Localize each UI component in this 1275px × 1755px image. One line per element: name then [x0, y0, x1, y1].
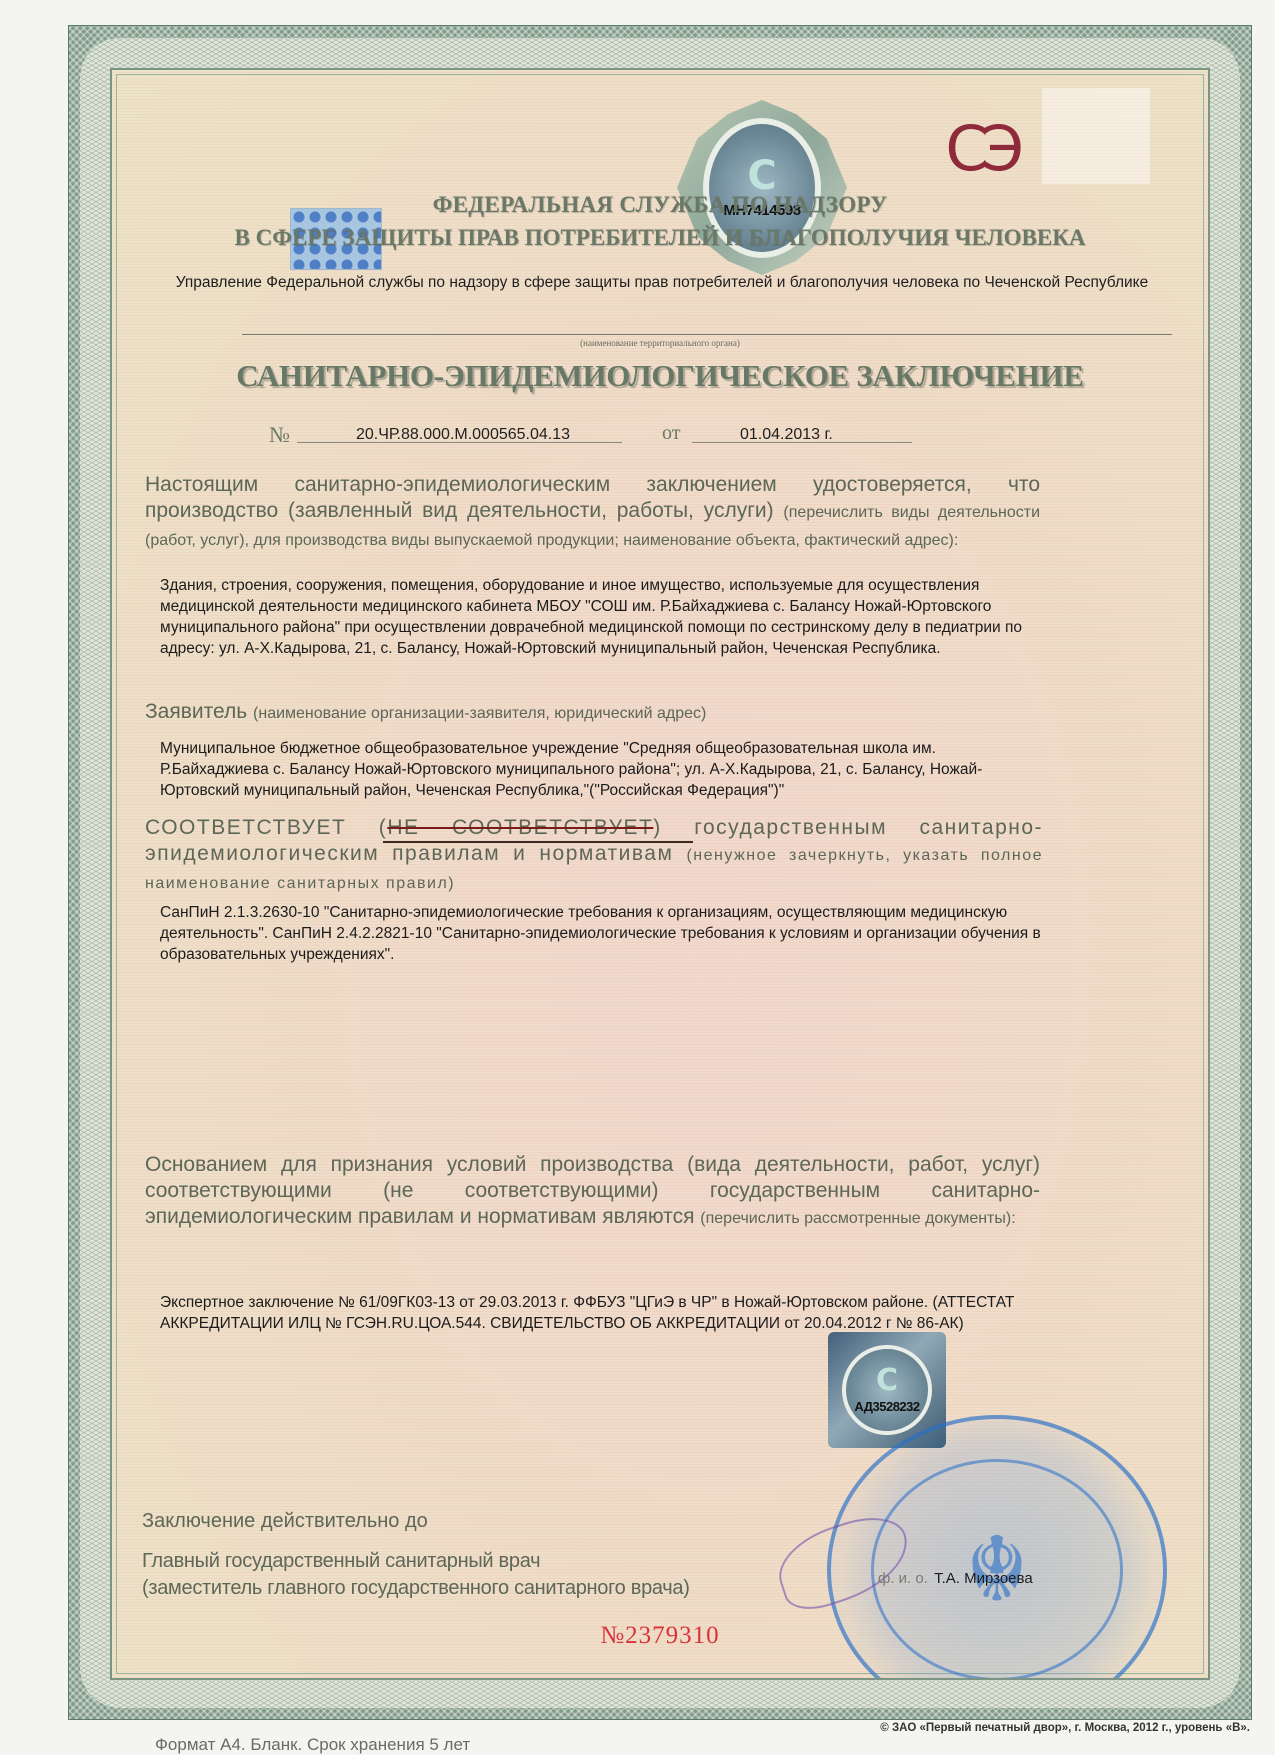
applicant-value: Муниципальное бюджетное общеобразователь…	[160, 738, 1040, 801]
number-label: №	[269, 422, 290, 448]
territorial-body-caption: (наименование территориального органа)	[112, 338, 1208, 348]
territorial-body: Управление Федеральной службы по надзору…	[132, 272, 1192, 293]
rules-value: СанПиН 2.1.3.2630-10 "Санитарно-эпидемио…	[160, 902, 1050, 965]
chief-doctor-title: Главный государственный санитарный врач …	[142, 1548, 690, 1602]
form-footer-right: © ЗАО «Первый печатный двор», г. Москва,…	[880, 1722, 1250, 1734]
document-title: САНИТАРНО-ЭПИДЕМИОЛОГИЧЕСКОЕ ЗАКЛЮЧЕНИЕ	[112, 358, 1208, 394]
form-serial-number: №2379310	[112, 1622, 1208, 1650]
form-footer-left: Формат А4. Бланк. Срок хранения 5 лет	[155, 1735, 470, 1755]
date-label: от	[662, 422, 680, 445]
basis-paragraph: Основанием для признания условий произво…	[145, 1152, 1040, 1232]
compliance-paragraph: СООТВЕТСТВУЕТ (НЕ СООТВЕТСТВУЕТ) государ…	[145, 815, 1043, 897]
chief-title-line2: (заместитель главного государственного с…	[142, 1575, 690, 1602]
compliance-no-struck: НЕ СООТВЕТСТВУЕТ	[387, 816, 653, 839]
rospotrebnadzor-emblem-icon: С	[876, 1366, 898, 1396]
agency-title-line1: ФЕДЕРАЛЬНАЯ СЛУЖБА ПО НАДЗОРУ	[112, 192, 1208, 218]
hologram-code: АД3528232	[854, 1399, 919, 1414]
chief-title-line1: Главный государственный санитарный врач	[142, 1548, 690, 1575]
signer-name: Т.А. Мирзоева	[934, 1570, 1033, 1587]
document-number-row: № 20.ЧР.88.000.М.000565.04.13 от 01.04.2…	[112, 422, 1208, 452]
hologram-ring: С АД3528232	[842, 1345, 932, 1435]
territorial-body-rule	[242, 334, 1172, 335]
signer: ф. и. о. Т.А. Мирзоева	[878, 1570, 1033, 1587]
watermark-square	[1042, 88, 1150, 184]
agency-title-line2: В СФЕРЕ ЗАЩИТЫ ПРАВ ПОТРЕБИТЕЛЕЙ И БЛАГО…	[112, 225, 1208, 251]
certificate-paper: С МН7414598 СЭ ФЕДЕРАЛЬНАЯ СЛУЖБА ПО НАД…	[110, 68, 1210, 1680]
rospotrebnadzor-emblem-icon: С	[747, 156, 776, 196]
se-logo-icon: СЭ	[945, 112, 1016, 185]
signer-fio-label: ф. и. о.	[878, 1570, 928, 1587]
applicant-label: Заявитель	[145, 700, 247, 723]
basis-hint: (перечислить рассмотренные документы):	[700, 1210, 1015, 1227]
compliance-yes: СООТВЕТСТВУЕТ	[145, 816, 346, 839]
document-date: 01.04.2013 г.	[740, 426, 833, 444]
object-description: Здания, строения, сооружения, помещения,…	[160, 575, 1050, 659]
certifies-paragraph: Настоящим санитарно-эпидемиологическим з…	[145, 472, 1040, 554]
applicant-hint: (наименование организации-заявителя, юри…	[253, 705, 706, 722]
basis-value: Экспертное заключение № 61/09ГК03-13 от …	[160, 1292, 1065, 1334]
applicant-heading: Заявитель (наименование организации-заяв…	[145, 699, 1040, 727]
valid-until-label: Заключение действительно до	[142, 1510, 428, 1533]
document-number: 20.ЧР.88.000.М.000565.04.13	[356, 426, 570, 444]
